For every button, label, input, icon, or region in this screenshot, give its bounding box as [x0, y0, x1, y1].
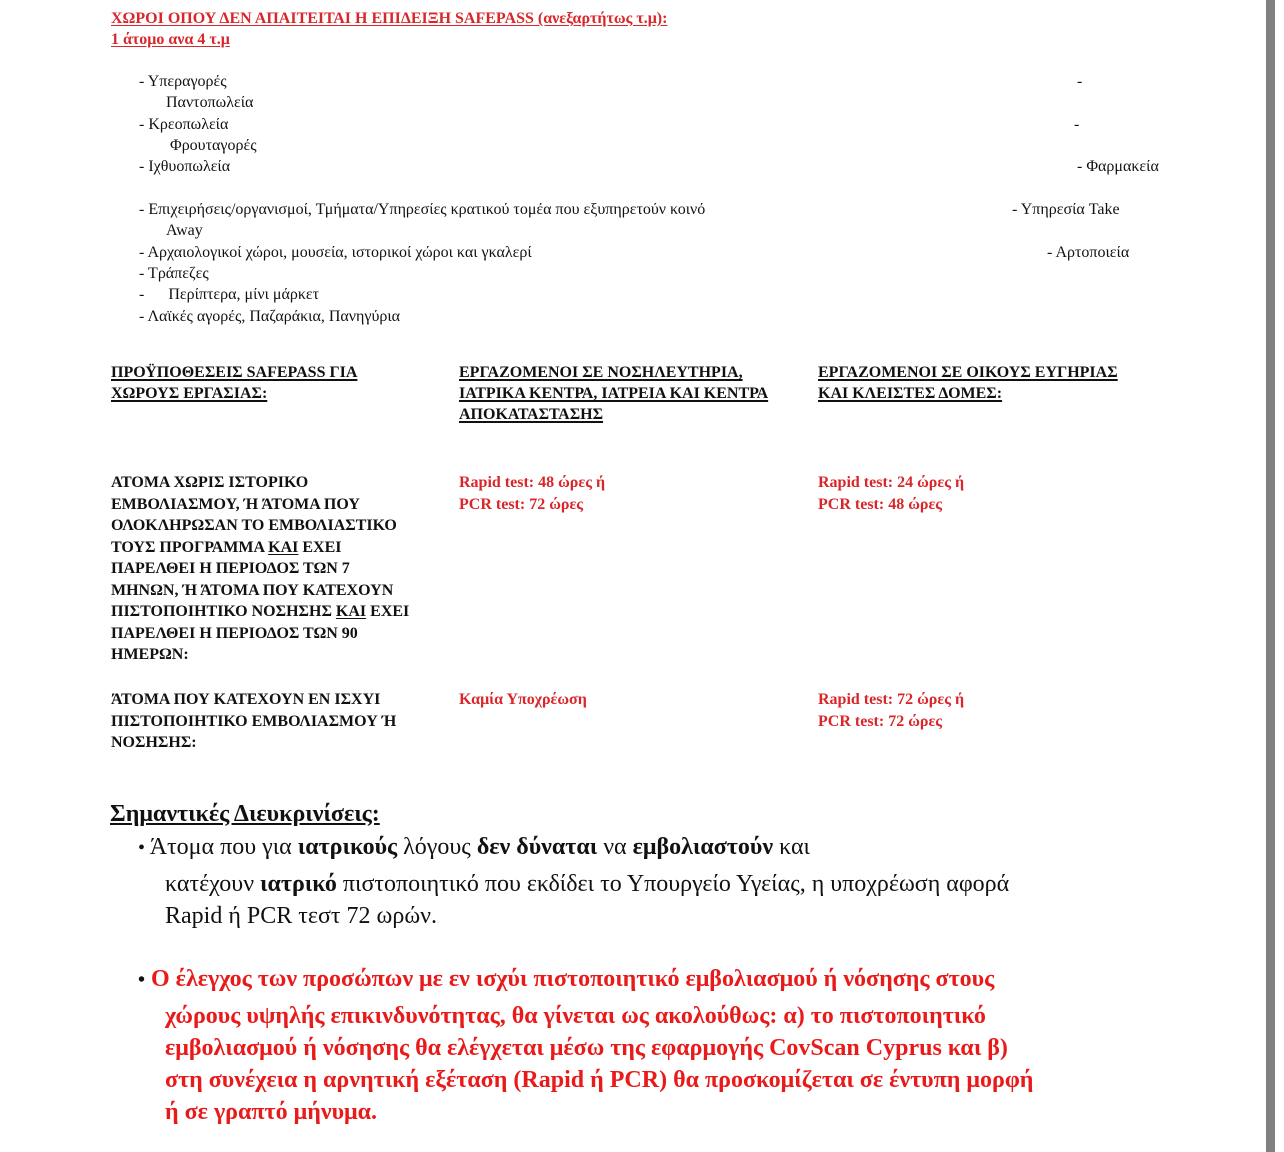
place-item: - Επιχειρήσεις/οργανισμοί, Τμήματα/Υπηρε…	[139, 199, 705, 220]
vertical-scrollbar[interactable]	[1266, 0, 1275, 1152]
place-item: -	[1077, 71, 1082, 92]
place-item: - Λαϊκές αγορές, Παζαράκια, Πανηγύρια	[139, 306, 400, 327]
place-item: - Κρεοπωλεία	[139, 114, 228, 135]
place-item: - Φαρμακεία	[1077, 156, 1159, 177]
table-cell-care-homes-unvaccinated: Rapid test: 24 ώρες ή PCR test: 48 ώρες	[818, 472, 964, 515]
note-1-line-2: κατέχουν ιατρικό πιστοποιητικό που εκδίδ…	[165, 867, 1009, 901]
place-item: - Περίπτερα, μίνι μάρκετ	[139, 284, 319, 305]
table-cell-hospitals-vaccinated: Καμία Υποχρέωση	[459, 689, 587, 711]
place-item: - Ιχθυοπωλεία	[139, 156, 230, 177]
place-item: -	[1074, 114, 1079, 135]
place-item: - Υπεραγορές	[139, 71, 227, 92]
table-header-hospitals: ΕΡΓΑΖΟΜΕΝΟΙ ΣΕ ΝΟΣΗΛΕΥΤΗΡΙΑ, ΙΑΤΡΙΚΑ ΚΕΝ…	[459, 362, 768, 425]
note-2-line-5: ή σε γραπτό μήνυμα.	[165, 1096, 377, 1128]
table-row-label-vaccinated: ΆΤΟΜΑ ΠΟΥ ΚΑΤΕΧΟΥΝ ΕΝ ΙΣΧΥΙ ΠΙΣΤΟΠΟΙΗΤΙΚ…	[111, 689, 396, 754]
place-item: - Τράπεζες	[139, 263, 209, 284]
bullet-icon: •	[138, 837, 145, 859]
section-title-line1: ΧΩΡΟΙ ΟΠΟΥ ΔΕΝ ΑΠΑΙΤΕΙΤΑΙ Η ΕΠΙΔΕΙΞΗ SAF…	[111, 8, 667, 29]
note-2-line-1: • Ο έλεγχος των προσώπων με εν ισχύι πισ…	[138, 963, 994, 996]
note-2-line-3: εμβολιασμού ή νόσησης θα ελέγχεται μέσω …	[165, 1032, 1008, 1064]
note-2-line-2: χώρους υψηλής επικινδυνότητας, θα γίνετα…	[165, 1000, 986, 1032]
table-header-care-homes: ΕΡΓΑΖΟΜΕΝΟΙ ΣΕ ΟΙΚΟΥΣ ΕΥΓΗΡΙΑΣ ΚΑΙ ΚΛΕΙΣ…	[818, 362, 1118, 404]
section-title-line2: 1 άτομο ανα 4 τ.μ	[111, 29, 667, 50]
table-header-conditions: ΠΡΟΫΠΟΘΕΣΕΙΣ SAFEPASS ΓΙΑ ΧΩΡΟΥΣ ΕΡΓΑΣΙΑ…	[111, 362, 357, 404]
bullet-icon: •	[138, 969, 145, 991]
note-1-line-3: Rapid ή PCR τεστ 72 ωρών.	[165, 899, 437, 933]
table-row-label-unvaccinated: ΑΤΟΜΑ ΧΩΡΙΣ ΙΣΤΟΡΙΚΟ ΕΜΒΟΛΙΑΣΜΟΥ, Ή ΆΤΟΜ…	[111, 472, 409, 666]
place-item: - Αρτοποιεία	[1047, 242, 1129, 263]
place-item: Away	[166, 220, 203, 241]
note-1-line-1: • Άτομα που για ιατρικούς λόγους δεν δύν…	[138, 830, 810, 865]
place-item: Φρουταγορές	[170, 135, 257, 156]
notes-title: Σημαντικές Διευκρινίσεις:	[110, 799, 380, 829]
table-cell-care-homes-vaccinated: Rapid test: 72 ώρες ή PCR test: 72 ώρες	[818, 689, 964, 732]
note-2-line-4: στη συνέχεια η αρνητική εξέταση (Rapid ή…	[165, 1064, 1033, 1096]
section-title: ΧΩΡΟΙ ΟΠΟΥ ΔΕΝ ΑΠΑΙΤΕΙΤΑΙ Η ΕΠΙΔΕΙΞΗ SAF…	[111, 8, 667, 50]
place-item: Παντοπωλεία	[166, 92, 253, 113]
place-item: - Υπηρεσία Take	[1012, 199, 1120, 220]
table-cell-hospitals-unvaccinated: Rapid test: 48 ώρες ή PCR test: 72 ώρες	[459, 472, 605, 515]
place-item: - Αρχαιολογικοί χώροι, μουσεία, ιστορικο…	[139, 242, 532, 263]
